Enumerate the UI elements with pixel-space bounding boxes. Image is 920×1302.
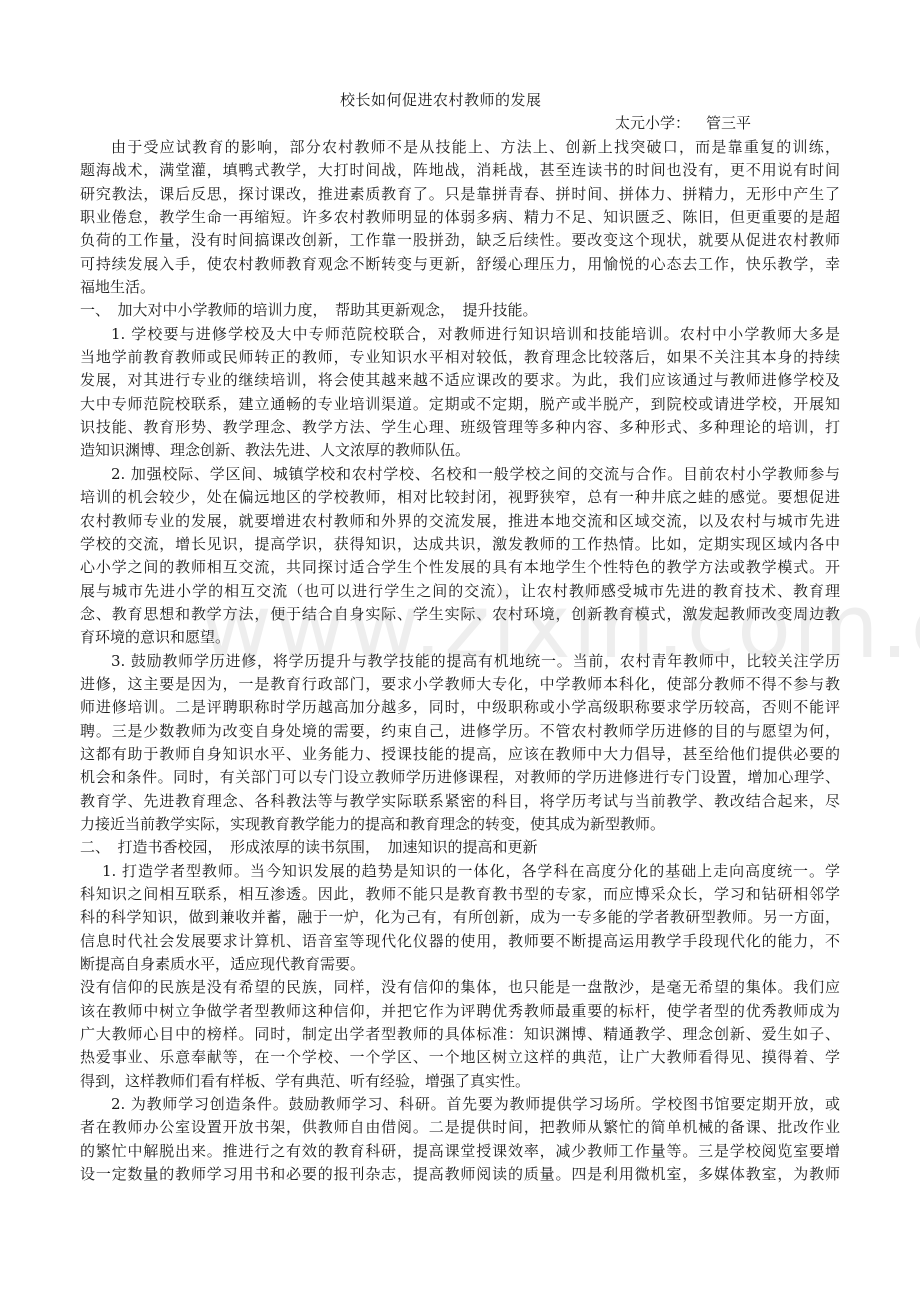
document-title: 校长如何促进农村教师的发展 bbox=[340, 90, 542, 110]
text-line: 可持续发展入手，使农村教师教育观念不断转变与更新，舒缓心理压力，用愉悦的心态去工… bbox=[80, 253, 840, 276]
text-line: 2. 加强校际、学区间、城镇学校和农村学校、名校和一般学校之间的交流与合作。目前… bbox=[80, 463, 840, 486]
text-line: 育环境的意识和愿望。 bbox=[80, 626, 840, 649]
text-line: 展与城市先进小学的相互交流（也可以进行学生之间的交流），让农村教师感受城市先进的… bbox=[80, 580, 840, 603]
text-line: 负荷的工作量，没有时间搞课改创新，工作靠一股拼劲，缺乏后续性。要改变这个现状，就… bbox=[80, 229, 840, 252]
text-line: 该在教师中树立争做学者型教师这种信仰，并把它作为评聘优秀教师最重要的标杆，使学者… bbox=[80, 1000, 840, 1023]
text-line: 2. 为教师学习创造条件。鼓励教师学习、科研。首先要为教师提供学习场所。学校图书… bbox=[80, 1093, 840, 1116]
text-line: 职业倦怠，教学生命一再缩短。许多农村教师明显的体弱多病、精力不足、知识匮乏、陈旧… bbox=[80, 206, 840, 229]
text-line: 1. 学校要与进修学校及大中专师范院校联合，对教师进行知识培训和技能培训。农村中… bbox=[80, 323, 840, 346]
text-line: 没有信仰的民族是没有希望的民族，同样，没有信仰的集体，也只能是一盘散沙，是毫无希… bbox=[80, 976, 840, 999]
text-line: 念、教育思想和教学方法，便于结合自身实际、学生实际、农村环境，创新教育模式，激发… bbox=[80, 603, 840, 626]
text-line: 研究教法，课后反思，探讨课改，推进素质教育了。只是靠拼青春、拼时间、拼体力、拼精… bbox=[80, 183, 840, 206]
text-line: 大中专师范院校联系，建立通畅的专业培训渠道。定期或不定期，脱产或半脱产，到院校或… bbox=[80, 393, 840, 416]
text-line: 这都有助于教师自身知识水平、业务能力、授课技能的提高，应该在教师中大力倡导，甚至… bbox=[80, 743, 840, 766]
text-line: 进修，这主要是因为，一是教育行政部门，要求小学教师大专化，中学教师本科化，使部分… bbox=[80, 673, 840, 696]
author-school: 太元小学： bbox=[615, 114, 690, 132]
text-line: 学校的交流，增长见识，提高学识，获得知识，达成共识，激发教师的工作热情。比如，定… bbox=[80, 533, 840, 556]
text-line: 科的科学知识，做到兼收并蓄，融于一炉，化为己有，有所创新，成为一专多能的学者教研… bbox=[80, 906, 840, 929]
author-line: 太元小学：管三平 bbox=[615, 113, 751, 133]
text-line: 心小学之间的教师相互交流，共同探讨适合学生个性发展的具有本地学生个性特色的教学方… bbox=[80, 556, 840, 579]
text-line: 由于受应试教育的影响，部分农村教师不是从技能上、方法上、创新上找突破口，而是靠重… bbox=[80, 136, 840, 159]
text-line: 得到，这样教师们看有样板、学有典范、听有经验，增强了真实性。 bbox=[80, 1070, 840, 1093]
text-line: 识技能、教育形势、教学理念、教学方法、学生心理、班级管理等多种内容、多种形式、多… bbox=[80, 416, 840, 439]
text-line: 机会和条件。同时，有关部门可以专门设立教师学历进修课程，对教师的学历进修进行专门… bbox=[80, 766, 840, 789]
text-line: 聘。三是少数教师为改变自身处境的需要，约束自己，进修学历。不管农村教师学历进修的… bbox=[80, 720, 840, 743]
text-line: 造知识渊博、理念创新、教法先进、人文浓厚的教师队伍。 bbox=[80, 439, 840, 462]
author-name: 管三平 bbox=[706, 114, 751, 132]
text-line: 断提高自身素质水平，适应现代教育需要。 bbox=[80, 953, 840, 976]
section-heading: 一、 加大对中小学教师的培训力度， 帮助其更新观念， 提升技能。 bbox=[80, 299, 840, 322]
section-heading: 二、 打造书香校园， 形成浓厚的读书氛围， 加速知识的提高和更新 bbox=[80, 836, 840, 859]
text-line: 的繁忙中解脱出来。推进行之有效的教育科研，提高课堂授课效率，减少教师工作量等。三… bbox=[80, 1140, 840, 1163]
text-line: 培训的机会较少，处在偏远地区的学校教师，相对比较封闭，视野狭窄，总有一种井底之蛙… bbox=[80, 486, 840, 509]
text-line: 科知识之间相互联系，相互渗透。因此，教师不能只是教育教书型的专家，而应博采众长，… bbox=[80, 883, 840, 906]
text-line: 当地学前教育教师或民师转正的教师，专业知识水平相对较低，教育理念比较落后，如果不… bbox=[80, 346, 840, 369]
text-line: 师进修培训。二是评聘职称时学历越高加分越多，同时，中级职称或小学高级职称要求学历… bbox=[80, 696, 840, 719]
text-line: 热爱事业、乐意奉献等，在一个学校、一个学区、一个地区树立这样的典范，让广大教师看… bbox=[80, 1046, 840, 1069]
text-line: 农村教师专业的发展，就要增进农村教师和外界的交流发展，推进本地交流和区域交流，以… bbox=[80, 510, 840, 533]
text-line: 力接近当前教学实际，实现教育教学能力的提高和教育理念的转变，使其成为新型教师。 bbox=[80, 813, 840, 836]
text-line: 信息时代社会发展要求计算机、语音室等现代化仪器的使用，教师要不断提高运用教学手段… bbox=[80, 930, 840, 953]
text-line: 发展，对其进行专业的继续培训，将会使其越来越不适应课改的要求。为此，我们应该通过… bbox=[80, 369, 840, 392]
text-line: 福地生活。 bbox=[80, 276, 840, 299]
text-line: 教育学、先进教育理念、各科教法等与教学实际联系紧密的科目，将学历考试与当前教学、… bbox=[80, 790, 840, 813]
text-line: 题海战术，满堂灌，填鸭式教学，大打时间战，阵地战，消耗战，甚至连读书的时间也没有… bbox=[80, 159, 840, 182]
text-line: 3. 鼓励教师学历进修，将学历提升与教学技能的提高有机地统一。当前，农村青年教师… bbox=[80, 650, 840, 673]
text-line: 者在教师办公室设置开放书架，供教师自由借阅。二是提供时间，把教师从繁忙的简单机械… bbox=[80, 1116, 840, 1139]
document-body: 由于受应试教育的影响，部分农村教师不是从技能上、方法上、创新上找突破口，而是靠重… bbox=[80, 136, 840, 1186]
text-line: 广大教师心目中的榜样。同时，制定出学者型教师的具体标准：知识渊博、精通教学、理念… bbox=[80, 1023, 840, 1046]
text-line: 1. 打造学者型教师。当今知识发展的趋势是知识的一体化，各学科在高度分化的基础上… bbox=[80, 860, 840, 883]
document-page: 校长如何促进农村教师的发展 太元小学：管三平 由于受应试教育的影响，部分农村教师… bbox=[0, 0, 920, 1302]
text-line: 设一定数量的教师学习用书和必要的报刊杂志，提高教师阅读的质量。四是利用微机室，多… bbox=[80, 1163, 840, 1186]
